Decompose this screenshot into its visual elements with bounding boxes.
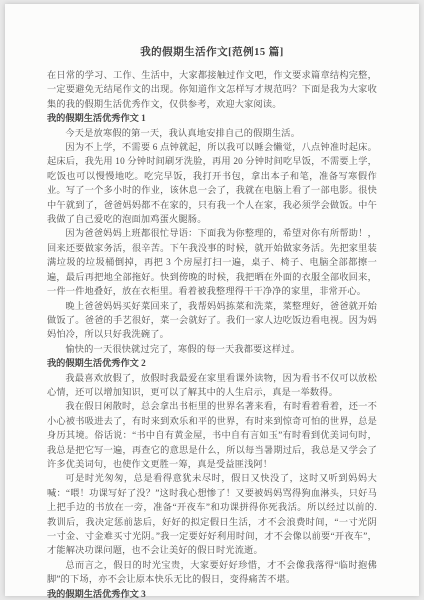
paragraph: 因为不上学，不需要 6 点钟就起，所以我可以睡会懒觉，八点钟准时起床。起床后，我…	[47, 140, 377, 226]
document-title: 我的假期生活作文[范例15 篇]	[47, 44, 377, 59]
document-page: 我的假期生活作文[范例15 篇] 在日常的学习、工作、生活中，大家都接触过作文吧…	[5, 4, 419, 596]
intro-paragraph: 在日常的学习、工作、生活中，大家都接触过作文吧，作文要求篇章结构完整，一定要避免…	[47, 68, 377, 111]
paragraph: 总而言之，假日的时光宝贵，大家要好好珍惜，才不会像我落得“临时抱佛脚”的下场，亦…	[47, 558, 377, 587]
section-heading-3: 我的假期生活优秀作文 3	[47, 587, 377, 600]
section-heading-1: 我的假期生活优秀作文 1	[47, 111, 377, 125]
paragraph: 我最喜欢放假了，放假时我最爱在家里看课外读物，因为看书不仅可以放松心情，还可以增…	[47, 371, 377, 400]
paragraph: 我在假日闲散时，总会拿出书柜里的世界名著来看，有时看着看着，还一不小心被书吸进去…	[47, 399, 377, 471]
paragraph: 愉快的一天很快就过完了，寒假的每一天我都要这样过。	[47, 342, 377, 356]
paragraph: 今天是放寒假的第一天，我认真地安排自己的假期生活。	[47, 126, 377, 140]
document-background: 我的假期生活作文[范例15 篇] 在日常的学习、工作、生活中，大家都接触过作文吧…	[0, 0, 424, 600]
paragraph: 可是时光匆匆，总是看得意犹未尽时，假日又快没了，这时又听到妈妈大喊：“喂！功课写…	[47, 471, 377, 557]
section-heading-2: 我的假期生活优秀作文 2	[47, 356, 377, 370]
paragraph: 晚上爸爸妈妈买好菜回来了，我帮妈妈拣菜和洗菜，菜整理好，爸爸就开始做饭了。爸爸的…	[47, 299, 377, 342]
paragraph: 因为爸爸妈妈上班都很忙导语：下面我为你整理的，希望对你有所帮助！，回来还要做家务…	[47, 226, 377, 298]
